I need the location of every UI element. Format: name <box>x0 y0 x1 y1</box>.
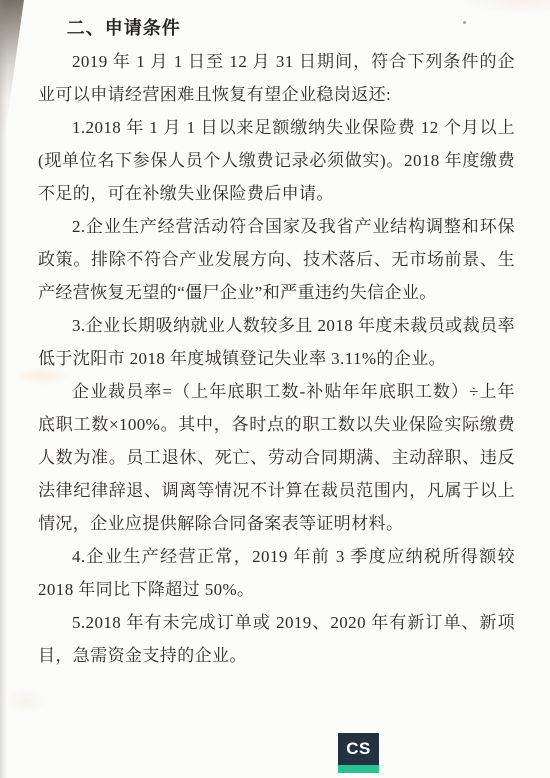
paragraph: 4.企业生产经营正常，2019 年前 3 季度应纳税所得额较 2018 年同比下… <box>38 540 515 606</box>
document-content: 二、申请条件 2019 年 1 月 1 日至 12 月 31 日期间，符合下列条… <box>0 0 550 672</box>
scanned-page: 二、申请条件 2019 年 1 月 1 日至 12 月 31 日期间，符合下列条… <box>0 0 550 778</box>
camscanner-logo: CS <box>338 733 379 765</box>
paragraph: 企业裁员率=（上年底职工数-补贴年年底职工数）÷上年底职工数×100%。其中，各… <box>38 375 515 540</box>
paragraph: 2019 年 1 月 1 日至 12 月 31 日期间，符合下列条件的企业可以申… <box>38 45 515 111</box>
document-body: 2019 年 1 月 1 日至 12 月 31 日期间，符合下列条件的企业可以申… <box>38 45 515 672</box>
paragraph: 2.企业生产经营活动符合国家及我省产业结构调整和环保政策。排除不符合产业发展方向… <box>38 210 515 309</box>
paragraph: 3.企业长期吸纳就业人数较多且 2018 年度未裁员或裁员率低于沈阳市 2018… <box>38 309 515 375</box>
scan-smudge <box>4 688 48 714</box>
section-heading: 二、申请条件 <box>38 12 515 45</box>
paragraph: 5.2018 年有未完成订单或 2019、2020 年有新订单、新项目，急需资金… <box>38 606 515 672</box>
camscanner-watermark: CS <box>338 733 379 773</box>
watermark-accent-bar <box>338 765 379 773</box>
paragraph: 1.2018 年 1 月 1 日以来足额缴纳失业保险费 12 个月以上(现单位名… <box>38 111 515 210</box>
watermark-label: CS <box>346 739 371 759</box>
